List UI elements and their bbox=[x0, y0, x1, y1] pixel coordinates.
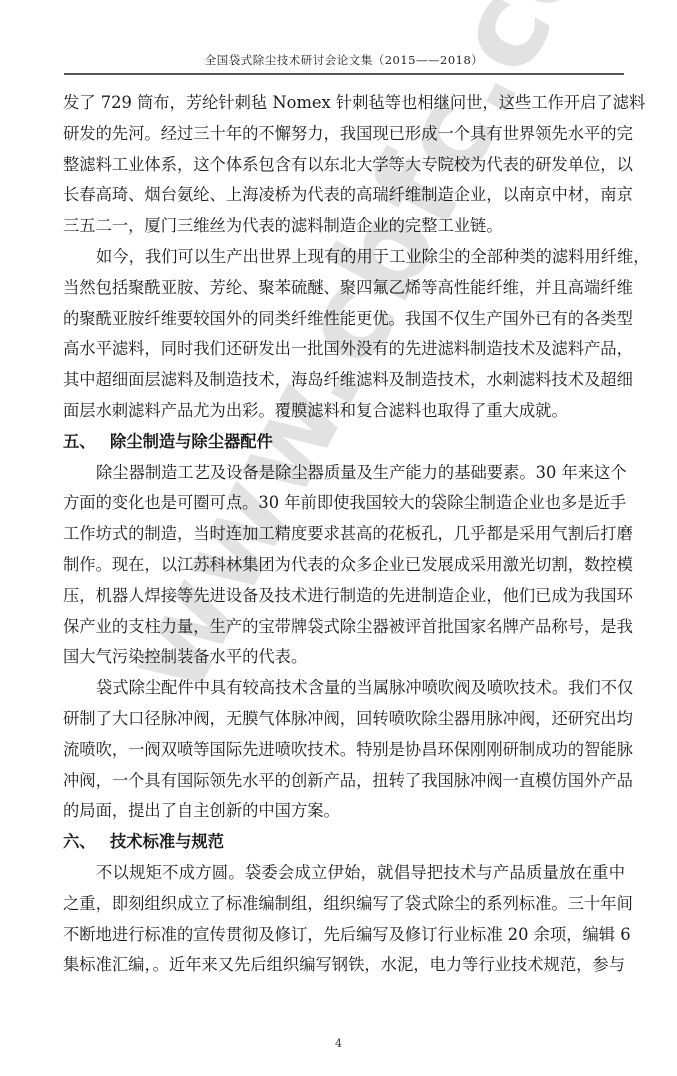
text-line: 整滤料工业体系，这个体系包含有以东北大学等大专院校为代表的研发单位，以 bbox=[63, 150, 625, 181]
text-line: 压，机器人焊接等先进设备及技术进行制造的先进制造企业，他们已成为我国环 bbox=[63, 581, 625, 612]
text-line: 研制了大口径脉冲阀，无膜气体脉冲阀，回转喷吹除尘器用脉冲阀，还研究出均 bbox=[63, 704, 625, 735]
text-line: 研发的先河。经过三十年的不懈努力，我国现已形成一个具有世界领先水平的完 bbox=[63, 119, 625, 150]
paragraph-4: 袋式除尘配件中具有较高技术含量的当属脉冲喷吹阀及喷吹技术。我们不仅 研制了大口径… bbox=[63, 673, 625, 827]
section-number: 六、 bbox=[63, 827, 110, 858]
text-line: 国大气污染控制装备水平的代表。 bbox=[63, 642, 625, 673]
text-line: 的局面，提出了自主创新的中国方案。 bbox=[63, 796, 625, 827]
running-header: 全国袋式除尘技术研讨会论文集（2015——2018） bbox=[64, 52, 624, 68]
paragraph-5: 不以规矩不成方圆。袋委会成立伊始，就倡导把技术与产品质量放在重中 之重，即刻组织… bbox=[63, 858, 625, 981]
body-text: 发了 729 筒布，芳纶针刺毡 Nomex 针刺毡等也相继问世，这些工作开启了滤… bbox=[63, 88, 625, 981]
text-line: 制作。现在，以江苏科林集团为代表的众多企业已发展成采用激光切割，数控模 bbox=[63, 550, 625, 581]
section-heading-6: 六、技术标准与规范 bbox=[63, 827, 625, 858]
text-line: 其中超细面层滤料及制造技术，海岛纤维滤料及制造技术，水刺滤料技术及超细 bbox=[63, 365, 625, 396]
section-heading-5: 五、除尘制造与除尘器配件 bbox=[63, 427, 625, 458]
text-line: 长春高琦、烟台氨纶、上海凌桥为代表的高瑞纤维制造企业，以南京中材，南京 bbox=[63, 180, 625, 211]
text-line: 方面的变化也是可圈可点。30 年前即使我国较大的袋除尘制造企业也多是近手 bbox=[63, 488, 625, 519]
text-line: 工作坊式的制造，当时连加工精度要求甚高的花板孔，几乎都是采用气割后打磨 bbox=[63, 519, 625, 550]
text-line: 冲阀，一个具有国际领先水平的创新产品，扭转了我国脉冲阀一直模仿国外产品 bbox=[63, 766, 625, 797]
text-line: 面层水刺滤料产品尤为出彩。覆膜滤料和复合滤料也取得了重大成就。 bbox=[63, 396, 625, 427]
text-line: 除尘器制造工艺及设备是除尘器质量及生产能力的基础要素。30 年来这个 bbox=[63, 458, 625, 489]
text-line: 当然包括聚酰亚胺、芳纶、聚苯硫醚、聚四氟乙烯等高性能纤维，并且高端纤维 bbox=[63, 273, 625, 304]
text-line: 袋式除尘配件中具有较高技术含量的当属脉冲喷吹阀及喷吹技术。我们不仅 bbox=[63, 673, 625, 704]
text-line: 如今，我们可以生产出世界上现有的用于工业除尘的全部种类的滤料用纤维， bbox=[63, 242, 625, 273]
section-title: 除尘制造与除尘器配件 bbox=[110, 432, 273, 451]
section-number: 五、 bbox=[63, 427, 110, 458]
paragraph-2: 如今，我们可以生产出世界上现有的用于工业除尘的全部种类的滤料用纤维， 当然包括聚… bbox=[63, 242, 625, 427]
paragraph-3: 除尘器制造工艺及设备是除尘器质量及生产能力的基础要素。30 年来这个 方面的变化… bbox=[63, 458, 625, 674]
paragraph-1: 发了 729 筒布，芳纶针刺毡 Nomex 针刺毡等也相继问世，这些工作开启了滤… bbox=[63, 88, 625, 242]
text-line: 保产业的支柱力量，生产的宝带牌袋式除尘器被评首批国家名牌产品称号，是我 bbox=[63, 612, 625, 643]
text-line: 之重，即刻组织成立了标准编制组，组织编写了袋式除尘的系列标准。三十年间 bbox=[63, 889, 625, 920]
text-line: 发了 729 筒布，芳纶针刺毡 Nomex 针刺毡等也相继问世，这些工作开启了滤… bbox=[63, 88, 625, 119]
text-line: 不以规矩不成方圆。袋委会成立伊始，就倡导把技术与产品质量放在重中 bbox=[63, 858, 625, 889]
text-line: 的聚酰亚胺纤维要较国外的同类纤维性能更优。我国不仅生产国外已有的各类型 bbox=[63, 304, 625, 335]
text-line: 三五二一，厦门三维丝为代表的滤料制造企业的完整工业链。 bbox=[63, 211, 625, 242]
header-rule bbox=[64, 73, 624, 75]
text-line: 流喷吹，一阀双喷等国际先进喷吹技术。特别是协昌环保刚刚研制成功的智能脉 bbox=[63, 735, 625, 766]
page-number: 4 bbox=[0, 1037, 677, 1050]
section-title: 技术标准与规范 bbox=[110, 832, 224, 851]
text-line: 高水平滤料，同时我们还研发出一批国外没有的先进滤料制造技术及滤料产品， bbox=[63, 334, 625, 365]
document-page: www.cbfc.com 全国袋式除尘技术研讨会论文集（2015——2018） … bbox=[0, 0, 677, 1076]
text-line: 集标准汇编，。近年来又先后组织编写钢铁，水泥，电力等行业技术规范，参与 bbox=[63, 950, 625, 981]
text-line: 不断地进行标准的宣传贯彻及修订，先后编写及修订行业标准 20 余项，编辑 6 bbox=[63, 920, 625, 951]
